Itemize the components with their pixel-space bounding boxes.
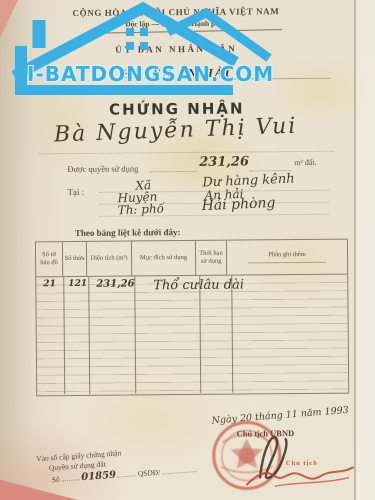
dotted-leader xyxy=(118,475,136,477)
area-unit-label: m² đất. xyxy=(294,158,316,167)
register-suffix-label: QSDĐ/ xyxy=(137,468,160,479)
granted-label: Được quyền sử dụng xyxy=(67,163,138,174)
column-divider xyxy=(199,276,201,393)
scanned-land-certificate: CỘNG HÒA XÃ HỘI CHỦ NGHĨA VIỆT NAM Độc l… xyxy=(0,0,375,500)
col-header-dien-tich: Diện tích (m²) xyxy=(87,241,132,275)
row-so-thua-value: 121 xyxy=(68,279,87,289)
row-muc-dich-value: Thổ cư xyxy=(153,278,198,293)
dotted-leader xyxy=(62,479,80,481)
column-divider xyxy=(231,276,233,393)
column-divider xyxy=(63,277,65,394)
register-block: Vào sổ cấp giấy chứng nhận Quyền sử dụng… xyxy=(36,443,198,486)
header-cell-rule xyxy=(248,262,326,264)
col-header-muc-dich: Mục đích sử dụng xyxy=(132,241,196,276)
row-dien-tich-value: 231,26 xyxy=(96,278,134,289)
dotted-leader xyxy=(149,171,197,172)
at-label: Tại : xyxy=(67,187,84,197)
holder-underline xyxy=(39,151,334,155)
col-header-so-thua: Số thửa xyxy=(63,242,87,276)
column-divider xyxy=(134,276,136,393)
signature-red-flourish xyxy=(245,462,357,489)
row-thoi-han-value: lâu dài xyxy=(199,278,244,293)
city-value-handwritten: Hải phòng xyxy=(201,195,276,214)
city-label-handwritten: Th: phố xyxy=(117,201,164,217)
register-so-label: Số xyxy=(51,475,60,485)
col-header-thoi-han: Thời hạn sử dụng xyxy=(196,241,227,275)
column-divider xyxy=(88,277,90,394)
dotted-leader xyxy=(162,471,196,474)
watermark-house-icon xyxy=(0,0,280,110)
watermark-text: I-BATDONGSAN.COM xyxy=(27,62,274,86)
table-intro-text: Theo bảng liệt kê dưới đây: xyxy=(75,227,181,238)
land-parcel-table: Số tờ bản đồ Số thửa Diện tích (m²) Mục … xyxy=(35,239,349,397)
table-body: 21 121 231,26 Thổ cư lâu dài xyxy=(36,275,348,395)
register-number-handwritten: 01859 xyxy=(81,470,116,483)
table-header-row: Số tờ bản đồ Số thửa Diện tích (m²) Mục … xyxy=(36,240,347,278)
col-header-ghi-them: Phần ghi thêm xyxy=(227,240,347,275)
area-value-handwritten: 231,26 xyxy=(199,154,249,169)
row-so-to-value: 21 xyxy=(43,279,56,289)
col-header-ghi-them-label: Phần ghi thêm xyxy=(268,251,306,260)
col-header-so-to: Số tờ bản đồ xyxy=(36,242,63,276)
